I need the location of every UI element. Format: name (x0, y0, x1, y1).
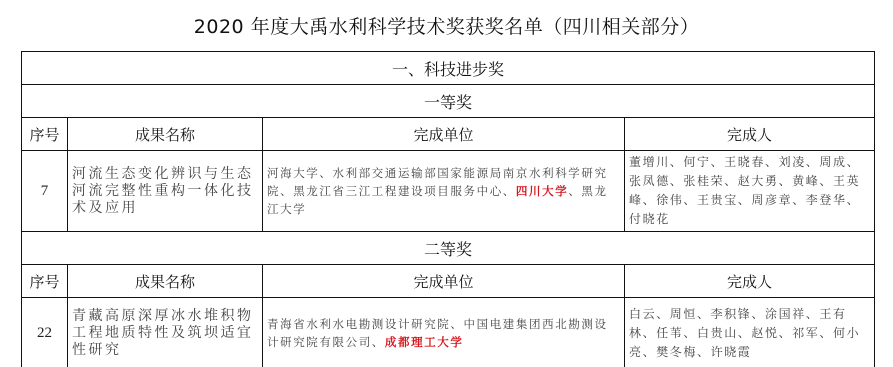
award-table: 一、科技进步奖 一等奖 序号 成果名称 完成单位 完成人 7 河流生态变化辨识与… (21, 51, 875, 367)
header-units: 完成单位 (263, 118, 625, 151)
section-title: 一、科技进步奖 (22, 52, 875, 85)
row-project-name: 河流生态变化辨识与生态河流完整性重构一体化技术及应用 (68, 151, 263, 232)
header-idx: 序号 (22, 265, 68, 298)
row-units: 河海大学、水利部交通运输部国家能源局南京水利科学研究院、黑龙江省三江工程建设项目… (263, 151, 625, 232)
header-name: 成果名称 (68, 118, 263, 151)
units-highlight: 成都理工大学 (385, 335, 464, 349)
grade-title-first: 一等奖 (22, 85, 875, 118)
row-people: 董增川、何宁、王晓春、刘凌、周成、张凤德、张桂荣、赵大勇、黄峰、王英峰、徐伟、王… (625, 151, 875, 232)
column-header-row: 序号 成果名称 完成单位 完成人 (22, 118, 875, 151)
row-people: 白云、周恒、李积锋、涂国祥、王有林、任苇、白贵山、赵悦、祁军、何小亮、樊冬梅、许… (625, 298, 875, 367)
column-header-row: 序号 成果名称 完成单位 完成人 (22, 265, 875, 298)
header-units: 完成单位 (263, 265, 625, 298)
table-row: 7 河流生态变化辨识与生态河流完整性重构一体化技术及应用 河海大学、水利部交通运… (22, 151, 875, 232)
header-idx: 序号 (22, 118, 68, 151)
table-row: 22 青藏高原深厚冰水堆积物工程地质特性及筑坝适宜性研究 青海省水利水电勘测设计… (22, 298, 875, 367)
row-idx: 22 (22, 298, 68, 367)
section-row: 一、科技进步奖 (22, 52, 875, 85)
row-project-name: 青藏高原深厚冰水堆积物工程地质特性及筑坝适宜性研究 (68, 298, 263, 367)
page-title: 2020 年度大禹水利科学技术奖获奖名单（四川相关部分） (0, 12, 893, 39)
grade-row: 一等奖 (22, 85, 875, 118)
header-name: 成果名称 (68, 265, 263, 298)
header-people: 完成人 (625, 118, 875, 151)
row-units: 青海省水利水电勘测设计研究院、中国电建集团西北勘测设计研究院有限公司、成都理工大… (263, 298, 625, 367)
grade-row: 二等奖 (22, 232, 875, 265)
header-people: 完成人 (625, 265, 875, 298)
grade-title-second: 二等奖 (22, 232, 875, 265)
units-highlight: 四川大学 (516, 184, 568, 198)
row-idx: 7 (22, 151, 68, 232)
